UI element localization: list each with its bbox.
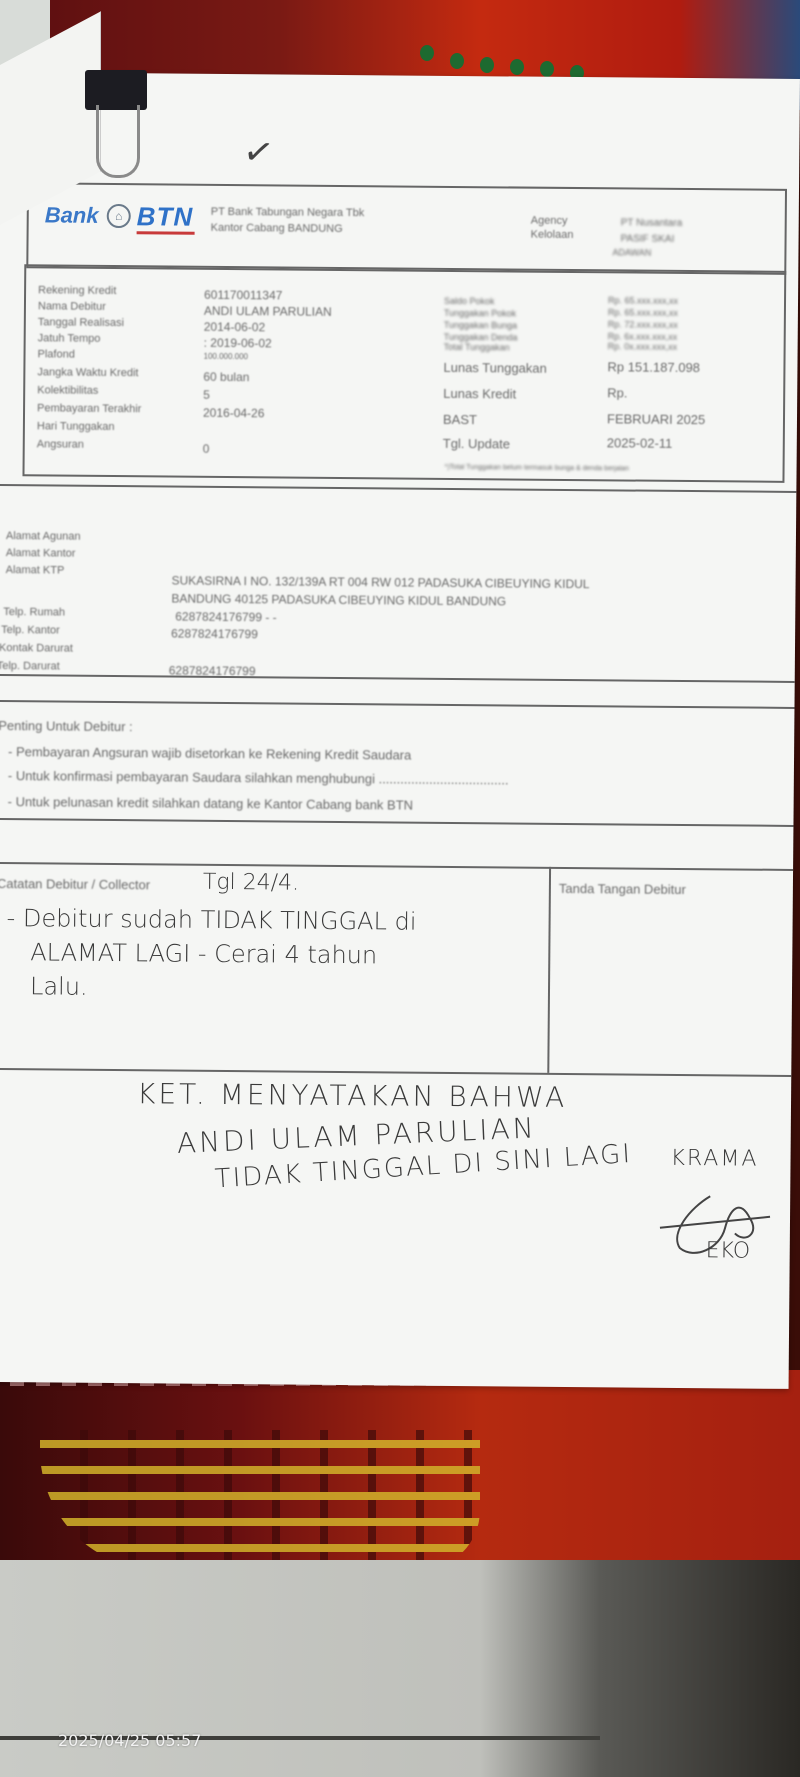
binder-clip <box>85 70 147 110</box>
notes-label: Catatan Debitur / Collector <box>0 876 150 892</box>
ktp-address-line1: SUKASIRNA I NO. 132/139A RT 004 RW 012 P… <box>172 574 590 592</box>
loan-field-label: Angsuran <box>37 438 84 450</box>
notice-item: - Untuk pelunasan kredit silahkan datang… <box>8 794 414 813</box>
loan-right-label: Tunggakan Pokok <box>444 308 516 319</box>
handwritten-date: Tgl 24/4. <box>203 870 299 896</box>
agency-label: Agency <box>531 215 568 227</box>
branch-name: Kantor Cabang BANDUNG <box>211 222 343 235</box>
signer-name: EKO <box>706 1238 751 1263</box>
loan-right-label: Total Tunggakan <box>444 342 510 353</box>
divider <box>0 674 795 683</box>
loan-field-label: Jatuh Tempo <box>38 332 101 345</box>
loan-right-value: Rp. 0x.xxx.xxx,xx <box>608 341 678 352</box>
loan-right-label: Tgl. Update <box>443 436 510 452</box>
loan-field-value: 2016-04-26 <box>203 406 265 421</box>
binder-clip-wire <box>96 105 140 178</box>
loan-right-value: Rp. 65.xxx.xxx,xx <box>608 295 678 306</box>
divider <box>0 818 793 827</box>
check-mark: ✓ <box>240 130 277 176</box>
label-telp-kantor: Telp. Kantor <box>1 624 60 637</box>
loan-field-label: Kolektibilitas <box>37 384 98 397</box>
bank-logo-underline <box>137 231 195 235</box>
loan-right-label: BAST <box>443 412 477 427</box>
loan-right-value: 2025-02-11 <box>607 435 673 451</box>
handwritten-note-line: Lalu. <box>30 972 88 1001</box>
loan-field-label: Nama Debitur <box>38 300 106 313</box>
signature-label: Tanda Tangan Debitur <box>559 881 686 897</box>
loan-field-label: Rekening Kredit <box>38 284 116 297</box>
collection-letter: ✓ Bank ⌂ BTN PT Bank Tabungan Negara Tbk… <box>0 72 800 1389</box>
divider <box>0 700 794 709</box>
loan-right-value: Rp 151.187.098 <box>607 359 700 375</box>
bank-emblem-icon: ⌂ <box>107 204 131 228</box>
loan-right-value: Rp. <box>607 385 627 400</box>
divider <box>0 862 793 871</box>
loan-field-label: Jangka Waktu Kredit <box>37 366 138 379</box>
kelolaan-value: PASIF SKAI <box>621 233 675 244</box>
notice-title: Penting Untuk Debitur : <box>0 718 133 734</box>
loan-right-label: Lunas Kredit <box>443 386 516 402</box>
loan-right-value: Rp. 72.xxx.xxx,xx <box>608 319 678 330</box>
telp-rumah-value: 6287824176799 - - <box>175 610 277 625</box>
loan-field-value: : 2019-06-02 <box>204 336 272 351</box>
loan-field-label: Plafond <box>37 348 74 360</box>
label-telp-rumah: Telp. Rumah <box>3 606 65 619</box>
loan-field-value: 100.000.000 <box>203 352 248 361</box>
company-name: PT Bank Tabungan Negara Tbk <box>211 206 365 219</box>
label-kontak-darurat: Kontak Darurat <box>0 642 73 655</box>
label-alamat-agunan: Alamat Agunan <box>6 530 81 543</box>
loan-field-value: ANDI ULAM PARULIAN <box>204 304 332 319</box>
divider <box>0 1068 791 1077</box>
loan-field-label: Tanggal Realisasi <box>38 316 124 329</box>
label-telp-darurat: Telp. Darurat <box>0 660 60 673</box>
notice-item: - Pembayaran Angsuran wajib disetorkan k… <box>8 744 411 763</box>
background-fabric-bottom <box>0 1370 800 1580</box>
loan-right-label: Lunas Tunggakan <box>443 360 547 376</box>
loan-right-value: Rp. 6x.xxx.xxx,xx <box>608 331 678 342</box>
loan-right-label: Tunggakan Denda <box>444 332 518 343</box>
bank-logo-word: Bank <box>45 202 99 228</box>
divider-vertical <box>547 867 551 1073</box>
statement-line: KRAMA <box>670 1146 758 1172</box>
loan-field-label: Hari Tunggakan <box>37 420 115 433</box>
photo-timestamp: 2025/04/25 05:57 <box>58 1731 201 1750</box>
loan-field-value: 601170011347 <box>204 288 282 303</box>
label-alamat-ktp: Alamat KTP <box>6 564 65 577</box>
ktp-address-line2: BANDUNG 40125 PADASUKA CIBEUYING KIDUL B… <box>171 592 506 609</box>
kelolaan-label: Kelolaan <box>531 229 574 241</box>
agency-value: PT Nusantara <box>621 217 683 229</box>
handwritten-note-line: ALAMAT LAGI - Cerai 4 tahun <box>30 938 377 969</box>
loan-right-value: Rp. 65.xxx.xxx,xx <box>608 307 678 318</box>
loan-field-value: 0 <box>203 442 210 456</box>
kelolaan-value-2: ADAWAN <box>612 247 651 257</box>
loan-right-value: FEBRUARI 2025 <box>607 411 705 427</box>
loan-field-value: 2014-06-02 <box>204 320 266 335</box>
statement-line: KET. MENYATAKAN BAHWA <box>137 1077 567 1114</box>
telp-kantor-value: 6287824176799 <box>171 627 258 642</box>
handwritten-note-line: - Debitur sudah TIDAK TINGGAL di <box>6 904 416 936</box>
bank-logo-brand: BTN <box>137 201 194 232</box>
loan-field-value: 60 bulan <box>203 370 249 384</box>
loan-field-label: Pembayaran Terakhir <box>37 402 141 415</box>
notice-item: - Untuk konfirmasi pembayaran Saudara si… <box>8 768 509 787</box>
label-alamat-kantor: Alamat Kantor <box>6 547 76 560</box>
loan-right-label: Saldo Pokok <box>444 296 495 306</box>
loan-right-label: Tunggakan Bunga <box>444 320 517 331</box>
fabric-gold-pattern <box>40 1430 480 1570</box>
divider <box>0 484 796 493</box>
loan-field-value: 5 <box>203 388 210 402</box>
